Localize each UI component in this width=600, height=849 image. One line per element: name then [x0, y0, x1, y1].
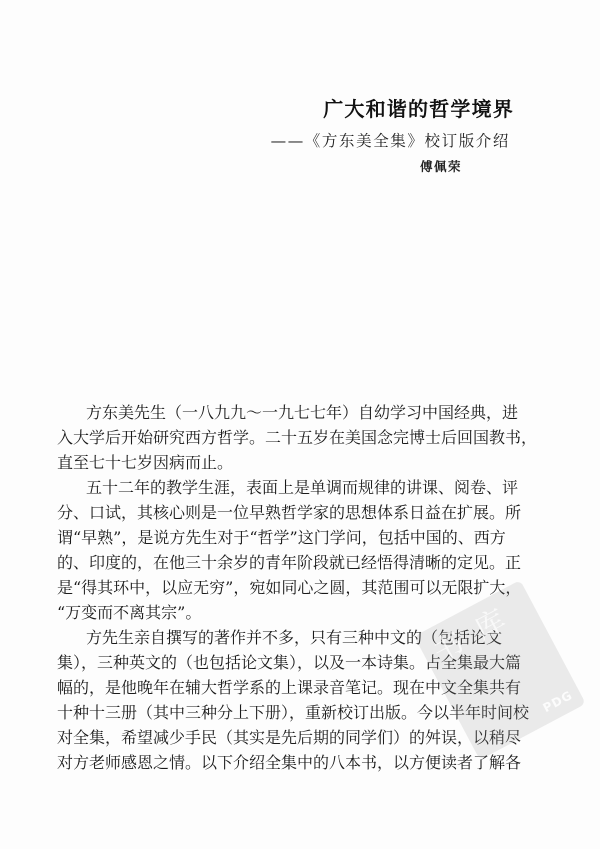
text-line: 对方老师感恩之情。以下介绍全集中的八本书，以方便读者了解各 — [57, 750, 517, 775]
text-line: 的、印度的，在他三十余岁的青年阶段就已经悟得清晰的定见。正 — [57, 550, 517, 575]
text-line: 对全集，希望减少手民（其实是先后期的同学们）的舛误，以稍尽 — [57, 725, 517, 750]
paragraph-1: 方东美先生（一八九九～一九七七年）自幼学习中国经典，进 入大学后开始研究西方哲学… — [57, 400, 517, 475]
text-line: 方东美先生（一八九九～一九七七年）自幼学习中国经典，进 — [57, 400, 517, 425]
text-line: 谓“早熟”，是说方先生对于“哲学”这门学问，包括中国的、西方 — [57, 525, 517, 550]
article-author: 傅佩荣 — [420, 158, 462, 176]
text-line: 是“得其环中，以应无穷”，宛如同心之圆，其范围可以无限扩大， — [57, 575, 517, 600]
paragraph-3: 方先生亲自撰写的著作并不多，只有三种中文的（包括论文 集），三种英文的（也包括论… — [57, 625, 517, 775]
document-page: 广大和谐的哲学境界 ——《方东美全集》校订版介绍 傅佩荣 方东美先生（一八九九～… — [0, 0, 600, 849]
text-line: 集），三种英文的（也包括论文集），以及一本诗集。占全集最大篇 — [57, 650, 517, 675]
article-subtitle: ——《方东美全集》校订版介绍 — [250, 130, 510, 152]
text-line: 方先生亲自撰写的著作并不多，只有三种中文的（包括论文 — [57, 625, 517, 650]
paragraph-2: 五十二年的教学生涯，表面上是单调而规律的讲课、阅卷、评 分、口试，其核心则是一位… — [57, 475, 517, 625]
article-title: 广大和谐的哲学境界 — [300, 96, 514, 122]
article-body: 方东美先生（一八九九～一九七七年）自幼学习中国经典，进 入大学后开始研究西方哲学… — [57, 400, 517, 775]
text-line: 直至七十七岁因病而止。 — [57, 450, 517, 475]
text-line: 入大学后开始研究西方哲学。二十五岁在美国念完博士后回国教书， — [57, 425, 517, 450]
text-line: 五十二年的教学生涯，表面上是单调而规律的讲课、阅卷、评 — [57, 475, 517, 500]
text-line: 分、口试，其核心则是一位早熟哲学家的思想体系日益在扩展。所 — [57, 500, 517, 525]
text-line: 十种十三册（其中三种分上下册），重新校订出版。今以半年时间校 — [57, 700, 517, 725]
text-line: 幅的，是他晚年在辅大哲学系的上课录音笔记。现在中文全集共有 — [57, 675, 517, 700]
text-line: “万变而不离其宗”。 — [57, 600, 517, 625]
watermark-label: PDG — [541, 688, 575, 715]
